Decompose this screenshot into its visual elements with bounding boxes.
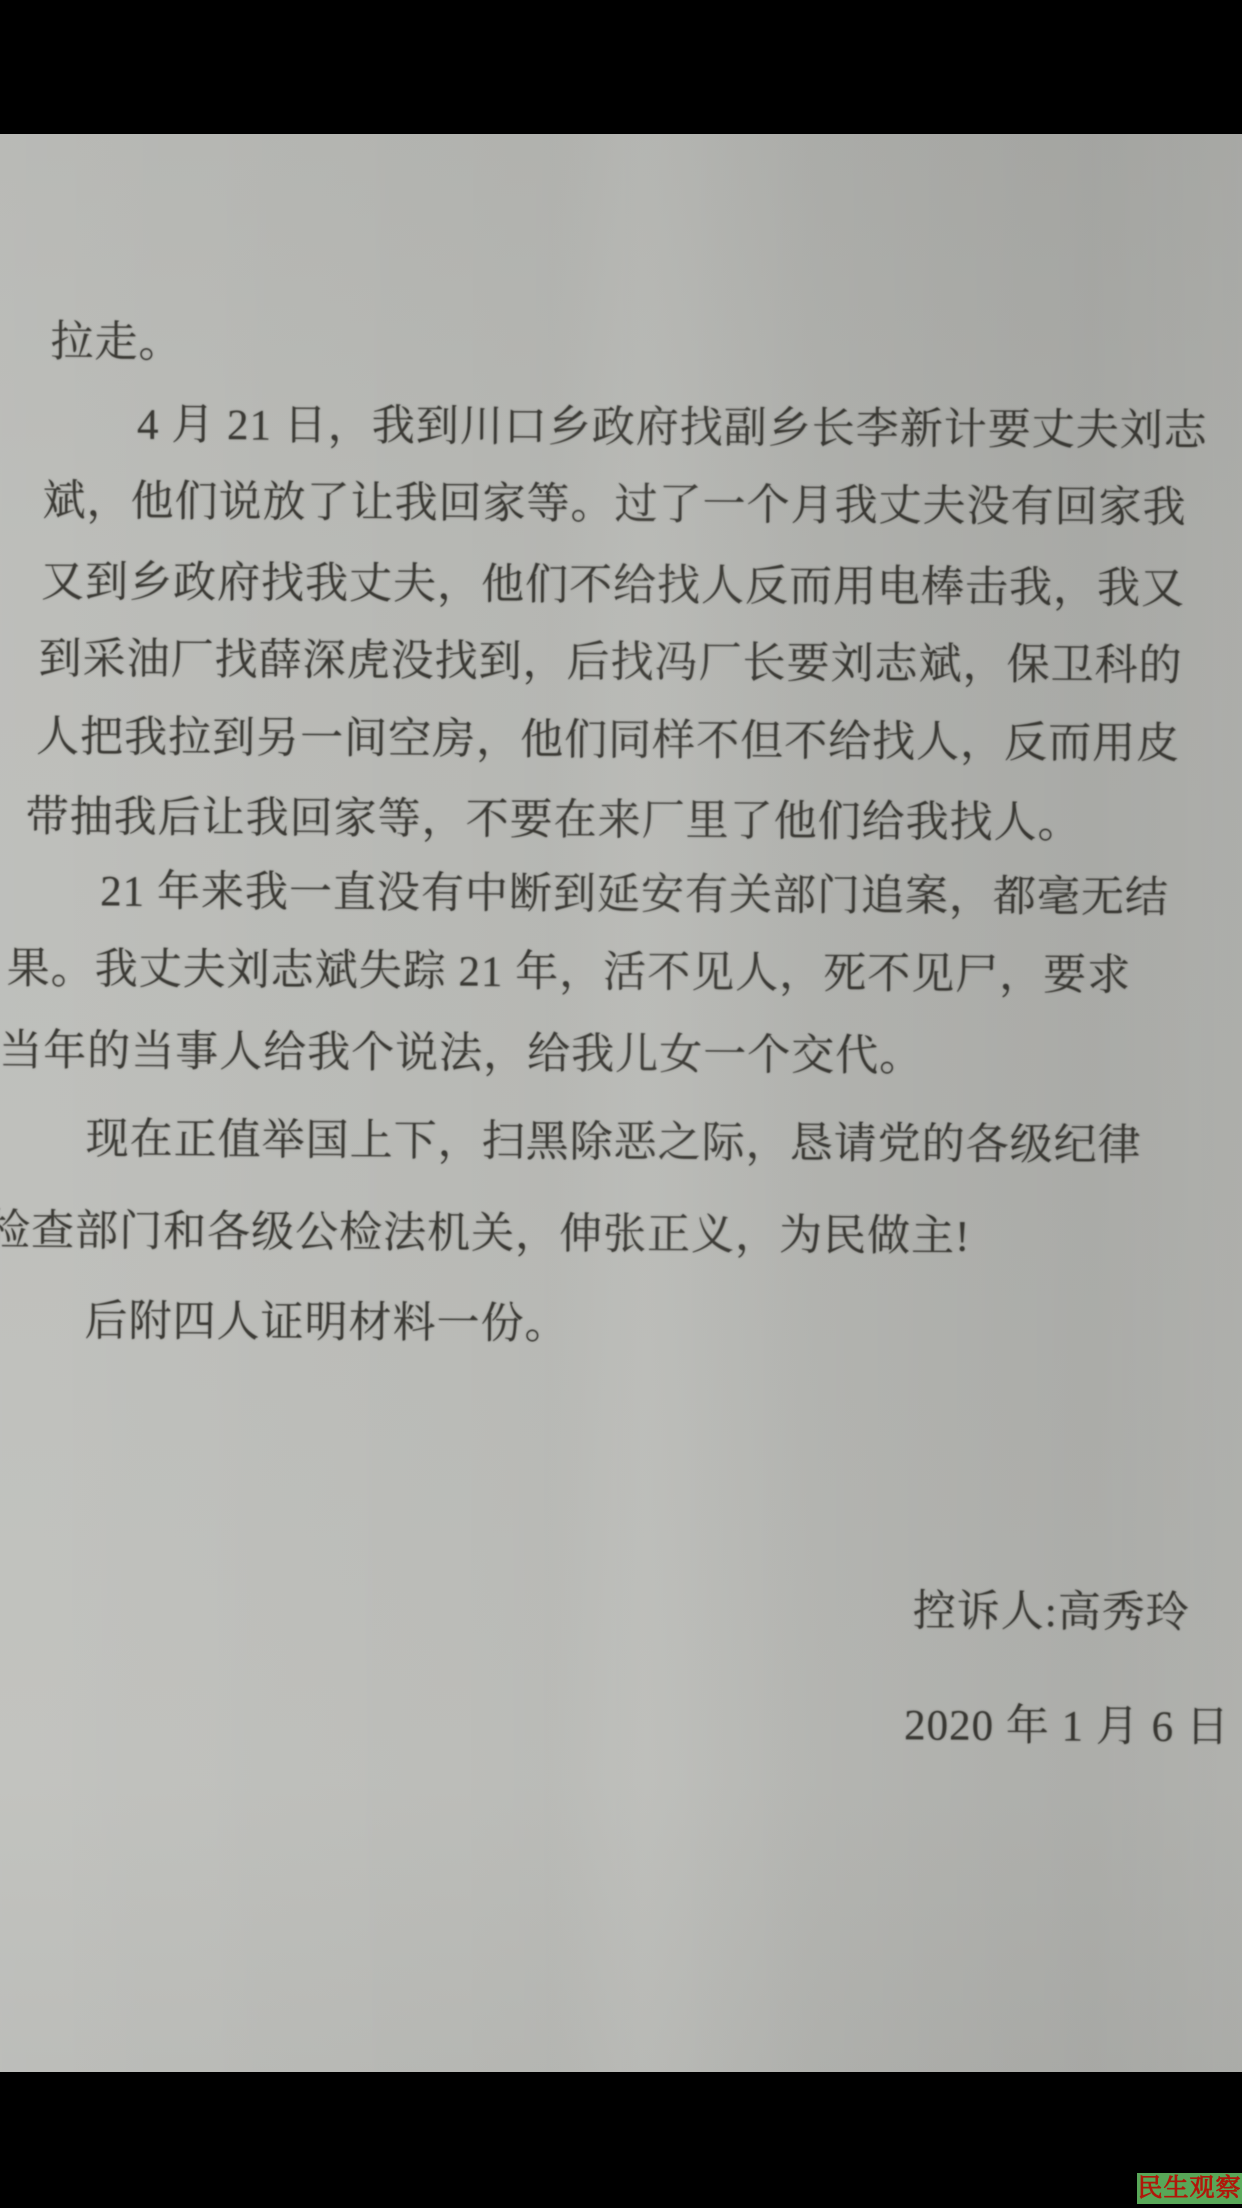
document-line: 现在正值举国上下，扫黑除恶之际，恳请党的各级纪律 (86, 1105, 1142, 1172)
document-line: 4 月 21 日，我到川口乡政府找副乡长李新计要丈夫刘志 (137, 391, 1208, 459)
document-text-layer: 控诉人:高秀玲 2020 年 1 月 6 日 拉走。4 月 21 日，我到川口乡… (0, 134, 1242, 2072)
document-line: 人把我拉到另一间空房，他们同样不但不给找人，反而用皮 (36, 703, 1180, 771)
bottom-letterbox-bar (0, 2072, 1242, 2208)
document-line: 又到乡政府找我丈夫，他们不给找人反而用电棒击我，我又 (41, 548, 1185, 616)
watermark-badge: 民生观察 (1137, 2173, 1242, 2204)
date-line: 2020 年 1 月 6 日 (904, 1691, 1230, 1754)
document-line: 斌，他们说放了让我回家等。过了一个月我丈夫没有回家我 (42, 467, 1186, 535)
document-line: 到采油厂找薛深虎没找到，后找冯厂长要刘志斌，保卫科的 (38, 625, 1182, 693)
signature-line: 控诉人:高秀玲 (913, 1577, 1190, 1640)
document-line: 后附四人证明材料一份。 (84, 1287, 568, 1351)
document-line: 21 年来我一直没有中断到延安有关部门追案，都毫无结 (100, 857, 1169, 925)
document-line: 拉走。 (50, 308, 182, 370)
document-line: 检查部门和各级公检法机关，伸张正义，为民做主! (0, 1197, 971, 1264)
document-line: 当年的当事人给我个说法，给我儿女一个交代。 (0, 1017, 923, 1084)
top-letterbox-bar (0, 0, 1242, 134)
watermark-text: 民生观察 (1137, 2176, 1241, 2201)
document-photo: 控诉人:高秀玲 2020 年 1 月 6 日 拉走。4 月 21 日，我到川口乡… (0, 134, 1242, 2072)
document-line: 带抽我后让我回家等，不要在来厂里了他们给我找人。 (25, 783, 1081, 850)
document-line: 果。我丈夫刘志斌失踪 21 年，活不见人，死不见尸，要求 (7, 935, 1132, 1003)
phone-screenshot: 控诉人:高秀玲 2020 年 1 月 6 日 拉走。4 月 21 日，我到川口乡… (0, 0, 1242, 2208)
